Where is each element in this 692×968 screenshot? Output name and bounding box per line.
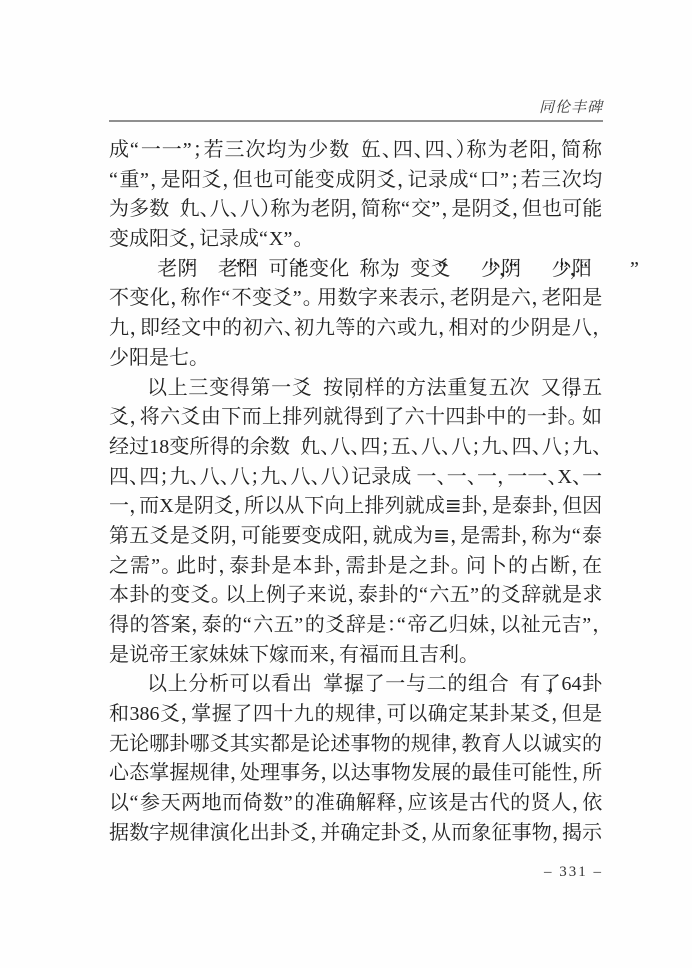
text-line: “老阴”“老阳”可能变化，称为“变爻”，“少阴”，“少阳” xyxy=(109,255,602,285)
text-line: 第五爻是爻阴，可能要变成阳，就成为≣，是需卦，称为“泰 xyxy=(109,522,602,552)
body-text: 成“一一”；若三次均为少数（五、四、四、）称为老阳，简称“重”，是阳爻，但也可能… xyxy=(109,136,602,849)
text-line: 得的答案，泰的“六五”的爻辞是：“帝乙归妹，以祉元吉”， xyxy=(109,611,602,641)
text-line: 经过18变所得的余数（九、八、四；五、八、八；九、四、八；九、 xyxy=(109,433,602,463)
text-line: 不变化，称作“不变爻”。用数字来表示，老阴是六，老阳是 xyxy=(109,284,602,314)
book-page: 同伦丰碑 成“一一”；若三次均为少数（五、四、四、）称为老阳，简称“重”，是阳爻… xyxy=(0,0,692,968)
text-line: 成“一一”；若三次均为少数（五、四、四、）称为老阳，简称 xyxy=(109,136,602,166)
text-line: 以“参天两地而倚数”的准确解释，应该是古代的贤人，依 xyxy=(109,789,602,819)
text-line: 据数字规律演化出卦爻，并确定卦爻，从而象征事物，揭示 xyxy=(109,819,602,849)
text-line: 是说帝王家妹妹下嫁而来，有福而且吉利。 xyxy=(109,641,602,671)
text-line: 爻，将六爻由下而上排列就得到了六十四卦中的一卦。如 xyxy=(109,403,602,433)
running-header-title: 同伦丰碑 xyxy=(539,96,603,117)
text-line: 和386爻，掌握了四十九的规律，可以确定某卦某爻，但是 xyxy=(109,700,602,730)
text-line: 本卦的变爻。以上例子来说，泰卦的“六五”的爻辞就是求 xyxy=(109,581,602,611)
text-line: 四、四；九、八、八；九、八、八）记录成 一、一、一，一一、X、一 xyxy=(109,463,602,493)
text-line: 之需”。此时，泰卦是本卦，需卦是之卦。问卜的占断，在 xyxy=(109,552,602,582)
text-line: “重”，是阳爻，但也可能变成阴爻，记录成“口”；若三次均 xyxy=(109,166,602,196)
text-line: 心态掌握规律，处理事务，以达事物发展的最佳可能性，所 xyxy=(109,759,602,789)
text-line: 以上三变得第一爻，按同样的方法重复五次，又得五 xyxy=(109,374,602,404)
text-line: 少阳是七。 xyxy=(109,344,602,374)
text-line: 九，即经文中的初六、初九等的六或九，相对的少阴是八， xyxy=(109,314,602,344)
text-line: 无论哪卦哪爻其实都是论述事物的规律，教育人以诚实的 xyxy=(109,730,602,760)
text-line: 以上分析可以看出，掌握了一与二的组合，有了64卦 xyxy=(109,670,602,700)
text-line: 一，而X是阴爻，所以从下向上排列就成≣卦，是泰卦，但因 xyxy=(109,492,602,522)
text-line: 变成阳爻，记录成“X”。 xyxy=(109,225,602,255)
page-number: – 331 – xyxy=(544,864,603,881)
header-rule xyxy=(109,120,603,122)
text-line: 为多数（九、八、八）称为老阴，简称“交”，是阴爻，但也可能 xyxy=(109,195,602,225)
